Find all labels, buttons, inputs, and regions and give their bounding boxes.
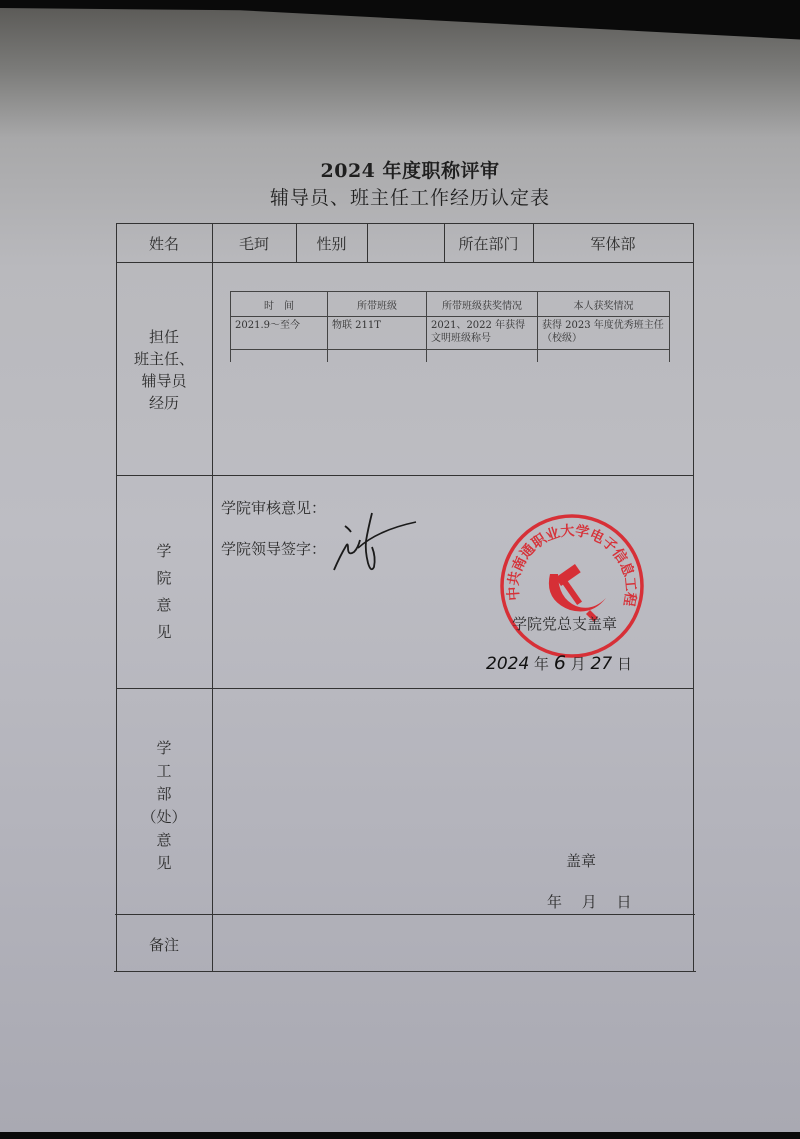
col-header-class: 所带班级 <box>328 292 427 317</box>
label-char: 学 <box>116 737 212 760</box>
table-border-bottom <box>114 971 696 972</box>
college-leader-signature-label: 学院领导签字： <box>221 538 326 559</box>
col-header-time: 时 间 <box>231 292 328 317</box>
label-char: 意 <box>116 592 212 619</box>
label-char: 工 <box>116 760 212 783</box>
label-line: 经历 <box>116 392 212 414</box>
department-label: 所在部门 <box>444 233 533 254</box>
cell-class-awards: 2021、2022 年获得文明班级称号 <box>427 317 538 350</box>
title-line-1: 2024 年度职称评审 <box>200 158 620 184</box>
label-char: 部 <box>116 783 212 806</box>
empty-cell <box>427 350 538 363</box>
stamp-text: 中共南通职业大学电子信息工程学院总支部委员会 <box>498 512 639 608</box>
row-divider <box>116 262 693 263</box>
row-divider <box>116 688 694 689</box>
handwritten-signature <box>328 508 423 578</box>
department-value: 军体部 <box>533 233 693 254</box>
table-border-top <box>116 223 693 224</box>
remarks-label: 备注 <box>116 934 212 955</box>
table-row: 2021.9～至今 物联 211T 2021、2022 年获得文明班级称号 获得… <box>231 317 670 350</box>
svg-text:中共南通职业大学电子信息工程学院总支部委员会: 中共南通职业大学电子信息工程学院总支部委员会 <box>498 512 639 608</box>
table-row-empty <box>231 350 670 363</box>
stamp-caption: 学院党总支盖章 <box>512 613 617 634</box>
name-value: 毛珂 <box>212 233 296 254</box>
party-branch-stamp: 中共南通职业大学电子信息工程学院总支部委员会 <box>498 512 646 660</box>
label-column-divider <box>212 223 213 971</box>
college-review-label: 学院审核意见： <box>221 497 326 518</box>
label-char: 见 <box>116 852 212 875</box>
empty-cell <box>538 350 670 363</box>
col-header-personal-awards: 本人获奖情况 <box>538 292 670 317</box>
student-affairs-stamp-label: 盖章 <box>566 850 596 871</box>
label-char: 学 <box>116 538 212 565</box>
cell-class: 物联 211T <box>328 317 427 350</box>
label-line: 辅导员 <box>116 370 212 392</box>
college-opinion-section-label: 学 院 意 见 <box>116 538 212 646</box>
row-divider <box>115 914 695 915</box>
experience-table-header: 时 间 所带班级 所带班级获奖情况 本人获奖情况 <box>231 292 670 317</box>
year-char: 年 <box>534 655 549 673</box>
month-char: 月 <box>571 655 586 673</box>
row-divider <box>116 475 693 476</box>
day-char: 日 <box>617 655 632 673</box>
date-year: 2024 <box>486 654 529 674</box>
document-title: 2024 年度职称评审 辅导员、班主任工作经历认定表 <box>200 158 620 212</box>
name-label: 姓名 <box>116 233 212 254</box>
college-date: 2024 年 6 月 27 日 <box>486 652 632 680</box>
table-border-right <box>693 223 694 971</box>
label-char: 院 <box>116 565 212 592</box>
empty-cell <box>328 350 427 363</box>
experience-table: 时 间 所带班级 所带班级获奖情况 本人获奖情况 2021.9～至今 物联 21… <box>230 291 670 362</box>
cell-time: 2021.9～至今 <box>231 317 328 350</box>
student-affairs-section-label: 学 工 部 （处） 意 见 <box>116 737 212 875</box>
date-day: 27 <box>591 654 613 674</box>
label-line: 班主任、 <box>116 348 212 370</box>
title-line-2: 辅导员、班主任工作经历认定表 <box>200 184 620 212</box>
label-char: （处） <box>116 806 212 829</box>
gender-label: 性别 <box>296 233 367 254</box>
col-header-class-awards: 所带班级获奖情况 <box>427 292 538 317</box>
label-char: 意 <box>116 829 212 852</box>
col-divider <box>367 223 368 262</box>
cell-personal-awards: 获得 2023 年度优秀班主任（校级） <box>538 317 670 350</box>
label-line: 担任 <box>116 326 212 348</box>
student-affairs-date-label: 年 月 日 <box>547 891 632 912</box>
label-char: 见 <box>116 619 212 646</box>
experience-section-label: 担任 班主任、 辅导员 经历 <box>116 326 212 414</box>
empty-cell <box>231 350 328 363</box>
date-month: 6 <box>554 652 566 674</box>
